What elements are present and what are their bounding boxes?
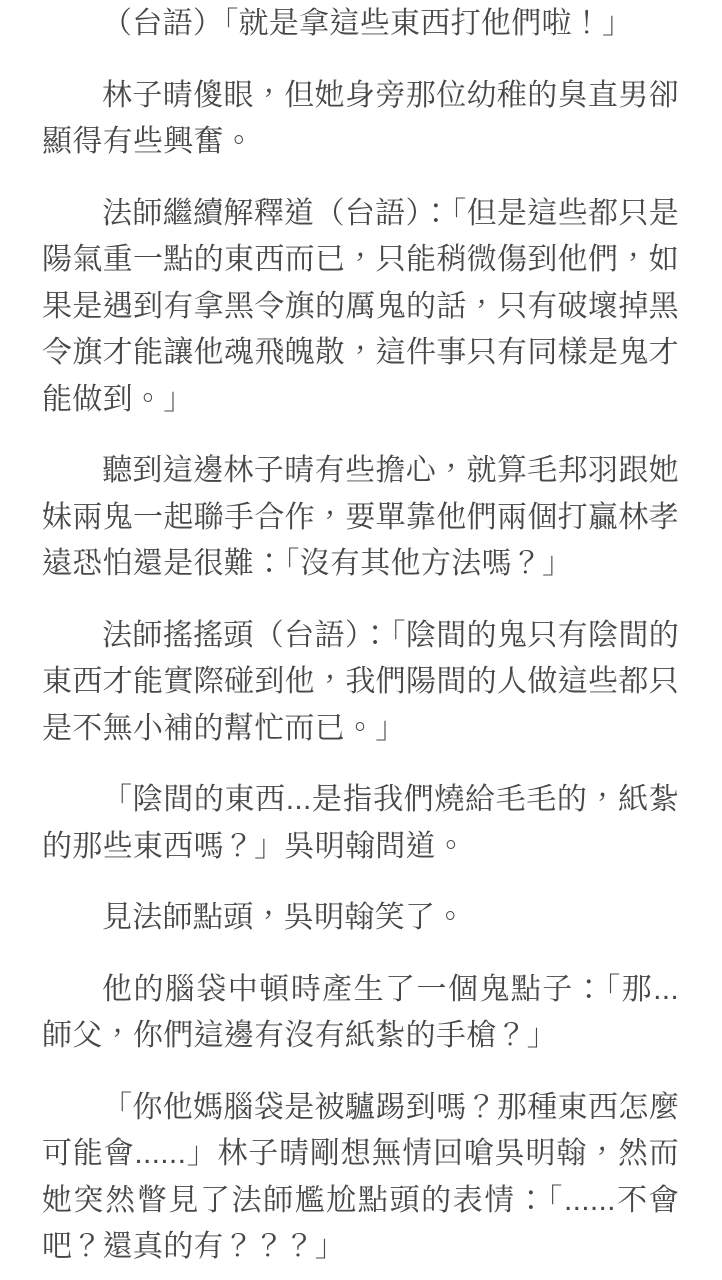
novel-text-page: （台語）「就是拿這些東西打他們啦！」林子晴傻眼，但她身旁那位幼稚的臭直男卻顯得有… [0,0,722,1280]
paragraph: 見法師點頭，吳明翰笑了。 [42,895,679,942]
paragraph-list: （台語）「就是拿這些東西打他們啦！」林子晴傻眼，但她身旁那位幼稚的臭直男卻顯得有… [42,1,679,1271]
paragraph: 聽到這邊林子晴有些擔心，就算毛邦羽跟她妹兩鬼一起聯手合作，要單靠他們兩個打贏林孝… [42,448,679,588]
paragraph: 法師繼續解釋道（台語）：「但是這些都只是陽氣重一點的東西而已，只能稍微傷到他們，… [42,191,679,424]
paragraph: 「陰間的東西...是指我們燒給毛毛的，紙紮的那些東西嗎？」吳明翰問道。 [42,777,679,870]
paragraph: 「你他媽腦袋是被驢踢到嗎？那種東西怎麼可能會......」林子晴剛想無情回嗆吳明… [42,1085,679,1271]
paragraph: （台語）「就是拿這些東西打他們啦！」 [42,1,679,48]
paragraph: 法師搖搖頭（台語）：「陰間的鬼只有陰間的東西才能實際碰到他，我們陽間的人做這些都… [42,613,679,753]
paragraph: 他的腦袋中頓時產生了一個鬼點子：「那...師父，你們這邊有沒有紙紮的手槍？」 [42,967,679,1060]
paragraph: 林子晴傻眼，但她身旁那位幼稚的臭直男卻顯得有些興奮。 [42,73,679,166]
